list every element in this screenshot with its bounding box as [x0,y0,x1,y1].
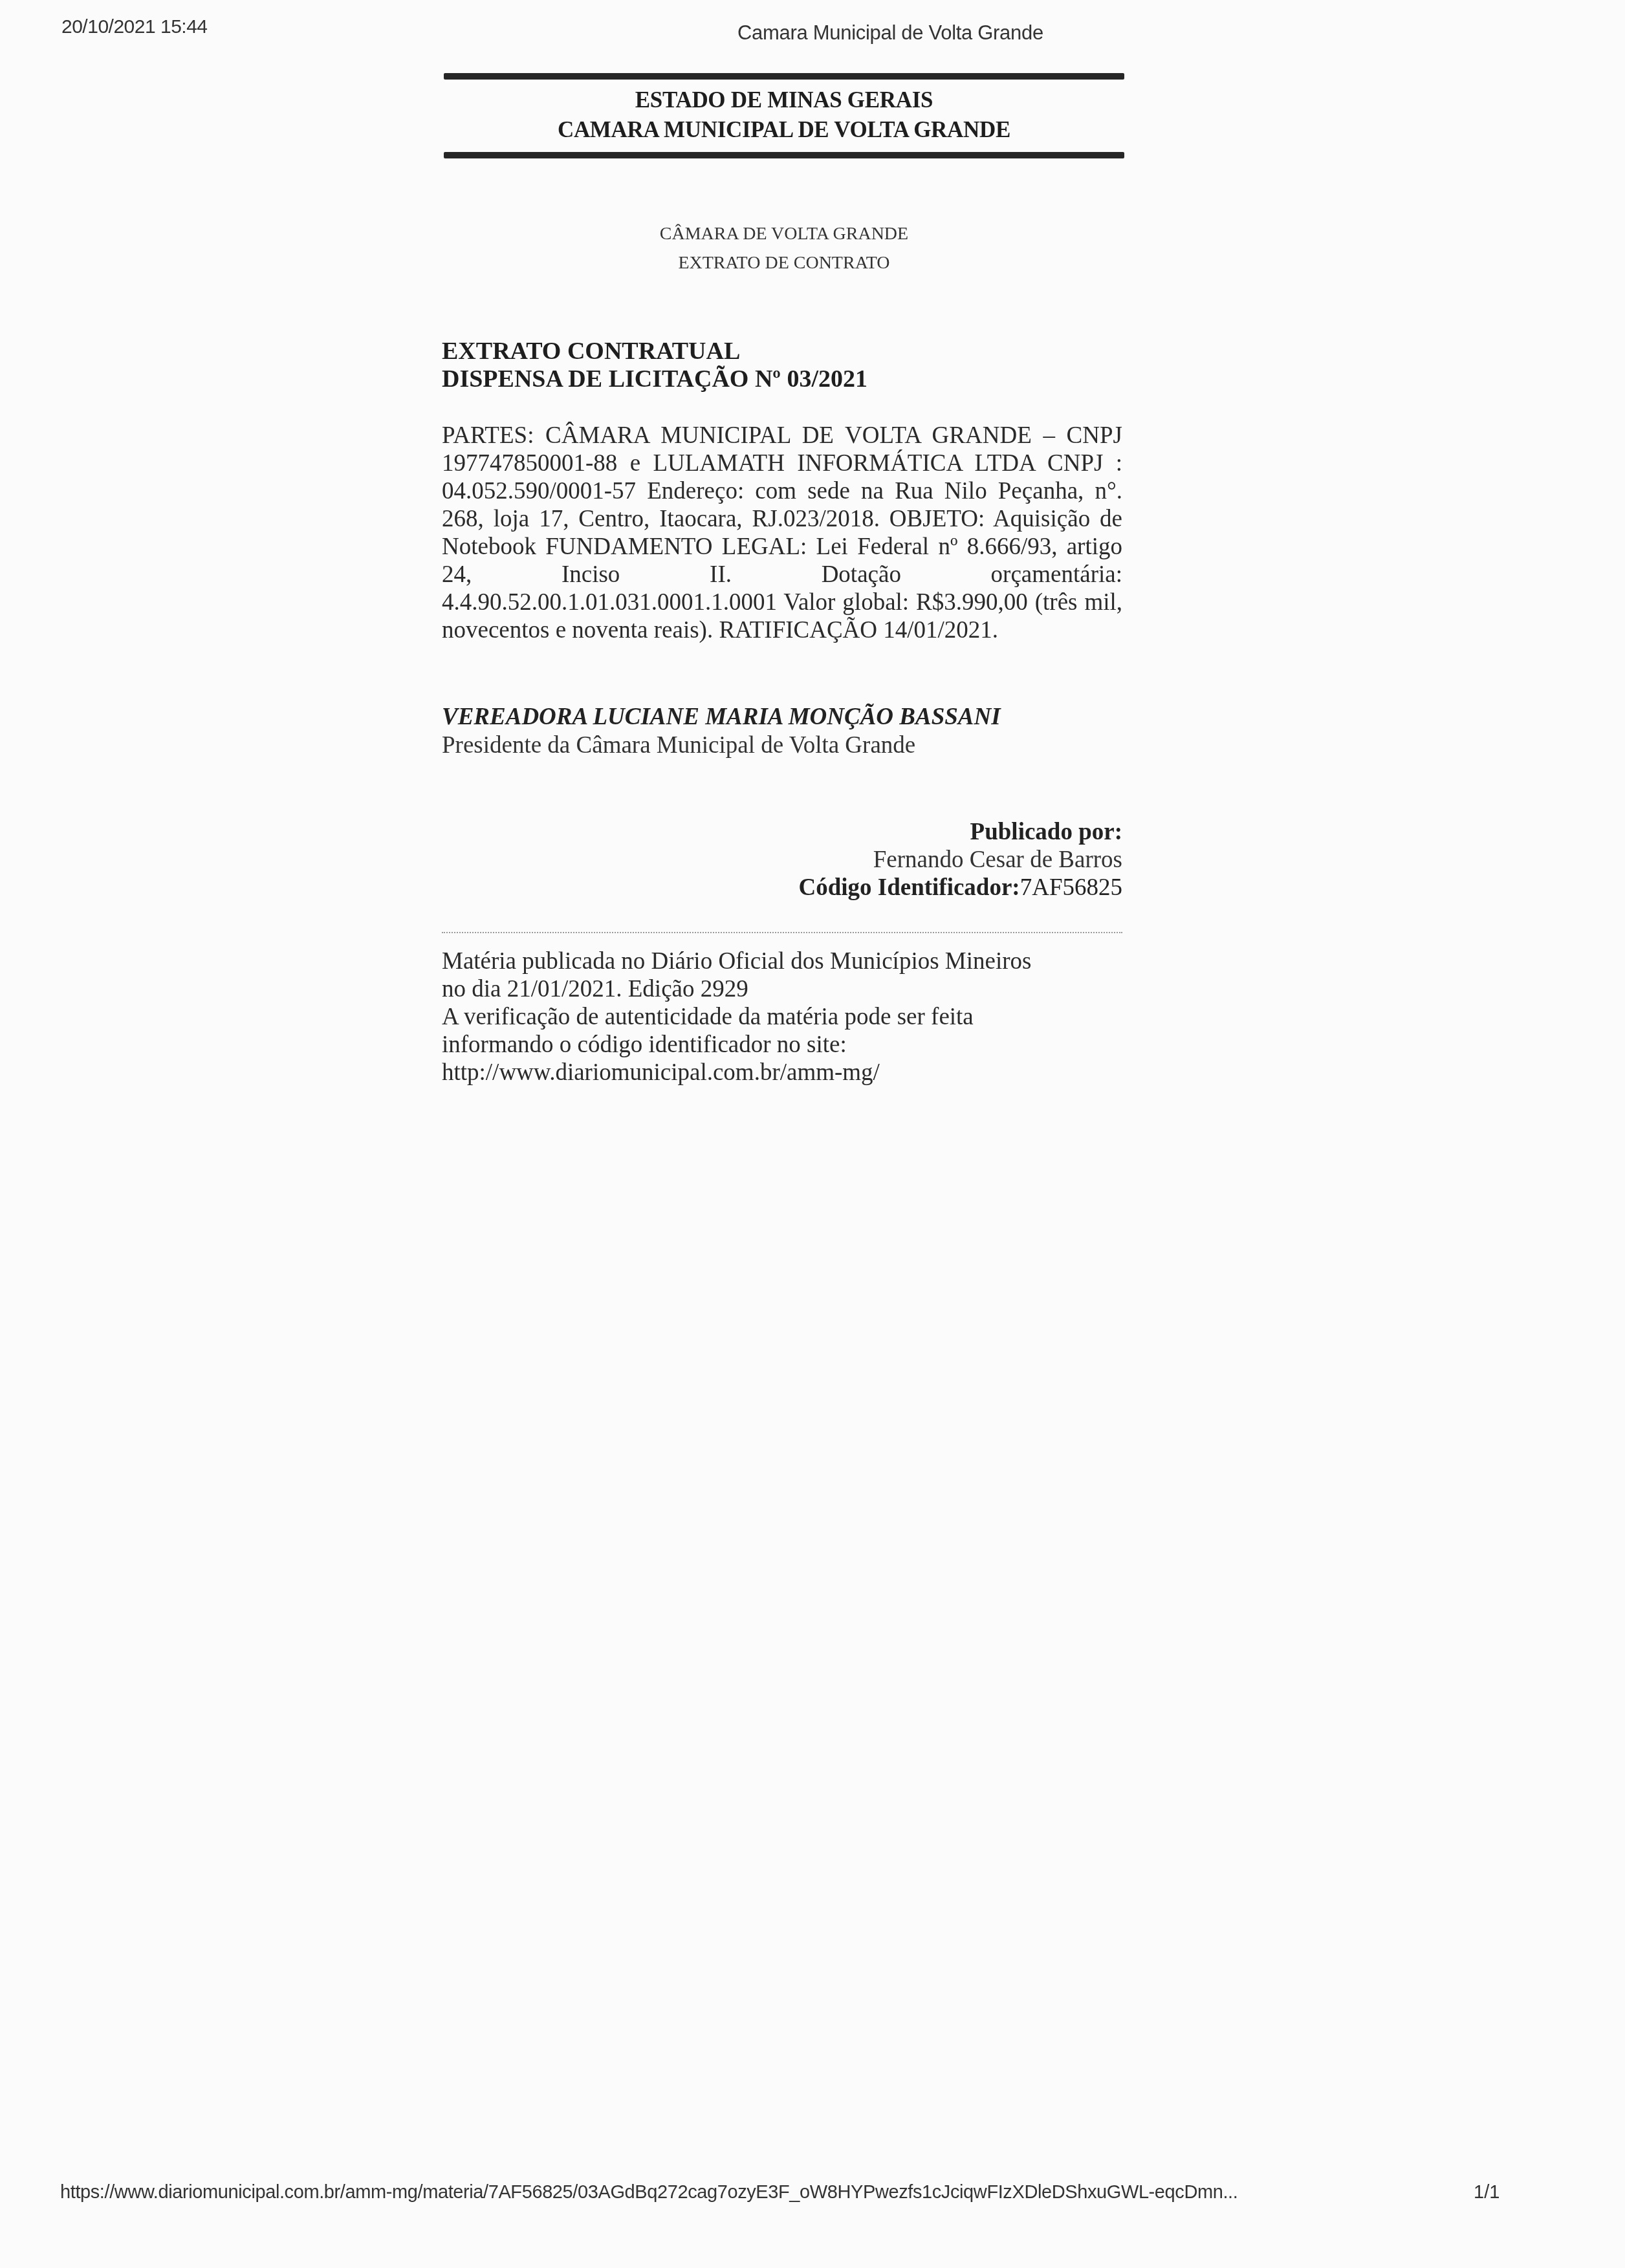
publication-note: Matéria publicada no Diário Oficial dos … [442,947,1122,1086]
letterhead-state: ESTADO DE MINAS GERAIS [444,87,1124,113]
subheading-chamber: CÂMARA DE VOLTA GRANDE [444,224,1124,244]
note-line: Matéria publicada no Diário Oficial dos … [442,947,1122,975]
note-line: no dia 21/01/2021. Edição 2929 [442,975,1122,1003]
identifier-code-value: 7AF56825 [1020,874,1122,901]
identifier-code: Código Identificador:7AF56825 [442,874,1122,902]
verification-link[interactable]: http://www.diariomunicipal.com.br/amm-mg… [442,1059,1122,1086]
letterhead-top-rule [444,73,1124,80]
letterhead-bottom-rule [444,152,1124,158]
identifier-code-label: Código Identificador: [798,874,1020,901]
document-title-line1: EXTRATO CONTRATUAL [442,338,1122,365]
note-line: informando o código identificador no sit… [442,1031,1122,1059]
print-footer-url: https://www.diariomunicipal.com.br/amm-m… [60,2182,1238,2203]
published-by-label: Publicado por: [442,818,1122,846]
document-title-line2: DISPENSA DE LICITAÇÃO Nº 03/2021 [442,365,1122,393]
dotted-divider [442,932,1122,933]
subheading-doc-type: EXTRATO DE CONTRATO [444,253,1124,274]
note-line: A verificação de autenticidade da matéri… [442,1003,1122,1031]
signer-role: Presidente da Câmara Municipal de Volta … [442,731,1122,759]
publisher-name: Fernando Cesar de Barros [442,846,1122,874]
print-page-title: Camara Municipal de Volta Grande [737,21,1043,45]
letterhead-chamber: CAMARA MUNICIPAL DE VOLTA GRANDE [444,117,1124,143]
document-title: EXTRATO CONTRATUAL DISPENSA DE LICITAÇÃO… [442,338,1122,393]
document-body: PARTES: CÂMARA MUNICIPAL DE VOLTA GRANDE… [442,422,1122,644]
print-datetime: 20/10/2021 15:44 [61,16,208,38]
print-page-number: 1/1 [1474,2182,1500,2203]
signer-name: VEREADORA LUCIANE MARIA MONÇÃO BASSANI [442,703,1122,731]
